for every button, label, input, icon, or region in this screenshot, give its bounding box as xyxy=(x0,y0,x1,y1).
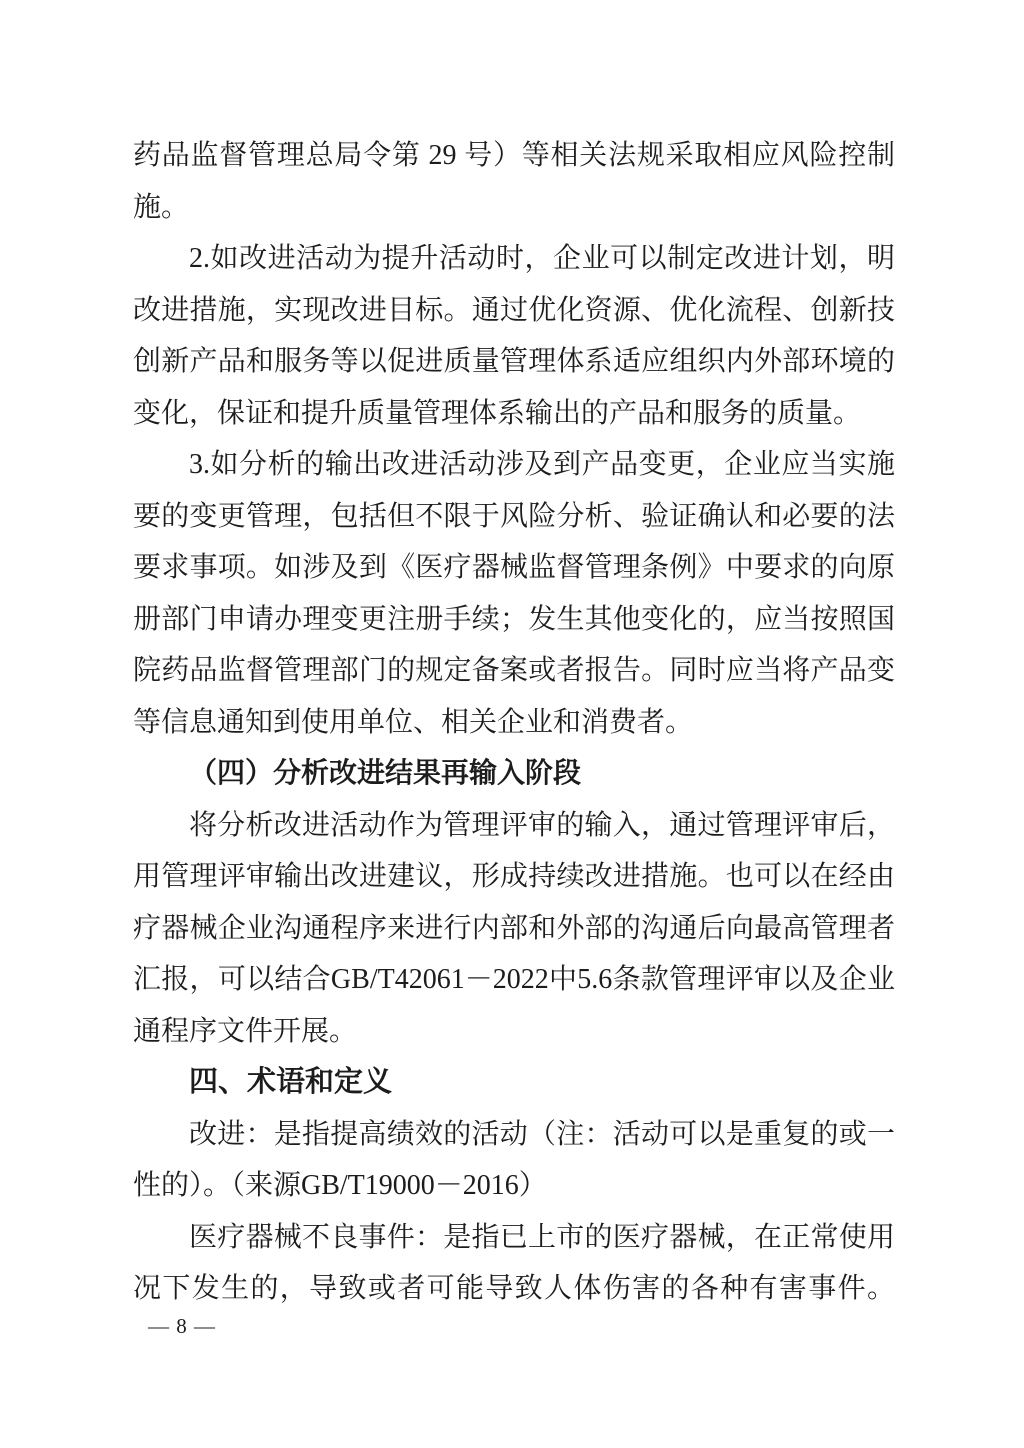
text-line: 改进措施，实现改进目标。通过优化资源、优化流程、创新技术、 xyxy=(133,285,895,337)
text-line: 疗器械企业沟通程序来进行内部和外部的沟通后向最高管理者 xyxy=(133,903,895,955)
text-line: 况下发生的，导致或者可能导致人体伤害的各种有害事件。（来 xyxy=(133,1263,895,1315)
document-body: 药品监督管理总局令第 29 号）等相关法规采取相应风险控制措施。2.如改进活动为… xyxy=(133,130,895,1315)
text-line: 创新产品和服务等以促进质量管理体系适应组织内外部环境的 xyxy=(133,336,895,388)
page-number: — 8 — xyxy=(148,1313,216,1339)
text-line: 医疗器械不良事件：是指已上市的医疗器械，在正常使用情 xyxy=(133,1212,895,1264)
heading-line: （四）分析改进结果再输入阶段 xyxy=(133,748,895,800)
text-line: 等信息通知到使用单位、相关企业和消费者。 xyxy=(133,697,895,749)
text-line: 要的变更管理，包括但不限于风险分析、验证确认和必要的法规 xyxy=(133,491,895,543)
text-line: 性的）。（来源GB/T19000－2016） xyxy=(133,1160,895,1212)
text-line: 汇报，可以结合GB/T42061－2022中5.6条款管理评审以及企业沟 xyxy=(133,954,895,1006)
text-line: 施。 xyxy=(133,182,895,234)
text-line: 改进：是指提高绩效的活动（注：活动可以是重复的或一次 xyxy=(133,1109,895,1161)
text-line: 将分析改进活动作为管理评审的输入，通过管理评审后，利 xyxy=(133,800,895,852)
text-line: 院药品监督管理部门的规定备案或者报告。同时应当将产品变动 xyxy=(133,645,895,697)
document-page: 药品监督管理总局令第 29 号）等相关法规采取相应风险控制措施。2.如改进活动为… xyxy=(0,0,1024,1448)
text-line: 通程序文件开展。 xyxy=(133,1006,895,1058)
text-line: 要求事项。如涉及到《医疗器械监督管理条例》中要求的向原注 xyxy=(133,542,895,594)
text-line: 变化，保证和提升质量管理体系输出的产品和服务的质量。 xyxy=(133,388,895,440)
text-line: 3.如分析的输出改进活动涉及到产品变更，企业应当实施必 xyxy=(133,439,895,491)
text-line: 用管理评审输出改进建议，形成持续改进措施。也可以在经由医 xyxy=(133,851,895,903)
text-line: 册部门申请办理变更注册手续；发生其他变化的，应当按照国务 xyxy=(133,594,895,646)
text-line: 2.如改进活动为提升活动时，企业可以制定改进计划，明确 xyxy=(133,233,895,285)
heading-line: 四、术语和定义 xyxy=(133,1057,895,1109)
text-line: 药品监督管理总局令第 29 号）等相关法规采取相应风险控制措 xyxy=(133,130,895,182)
